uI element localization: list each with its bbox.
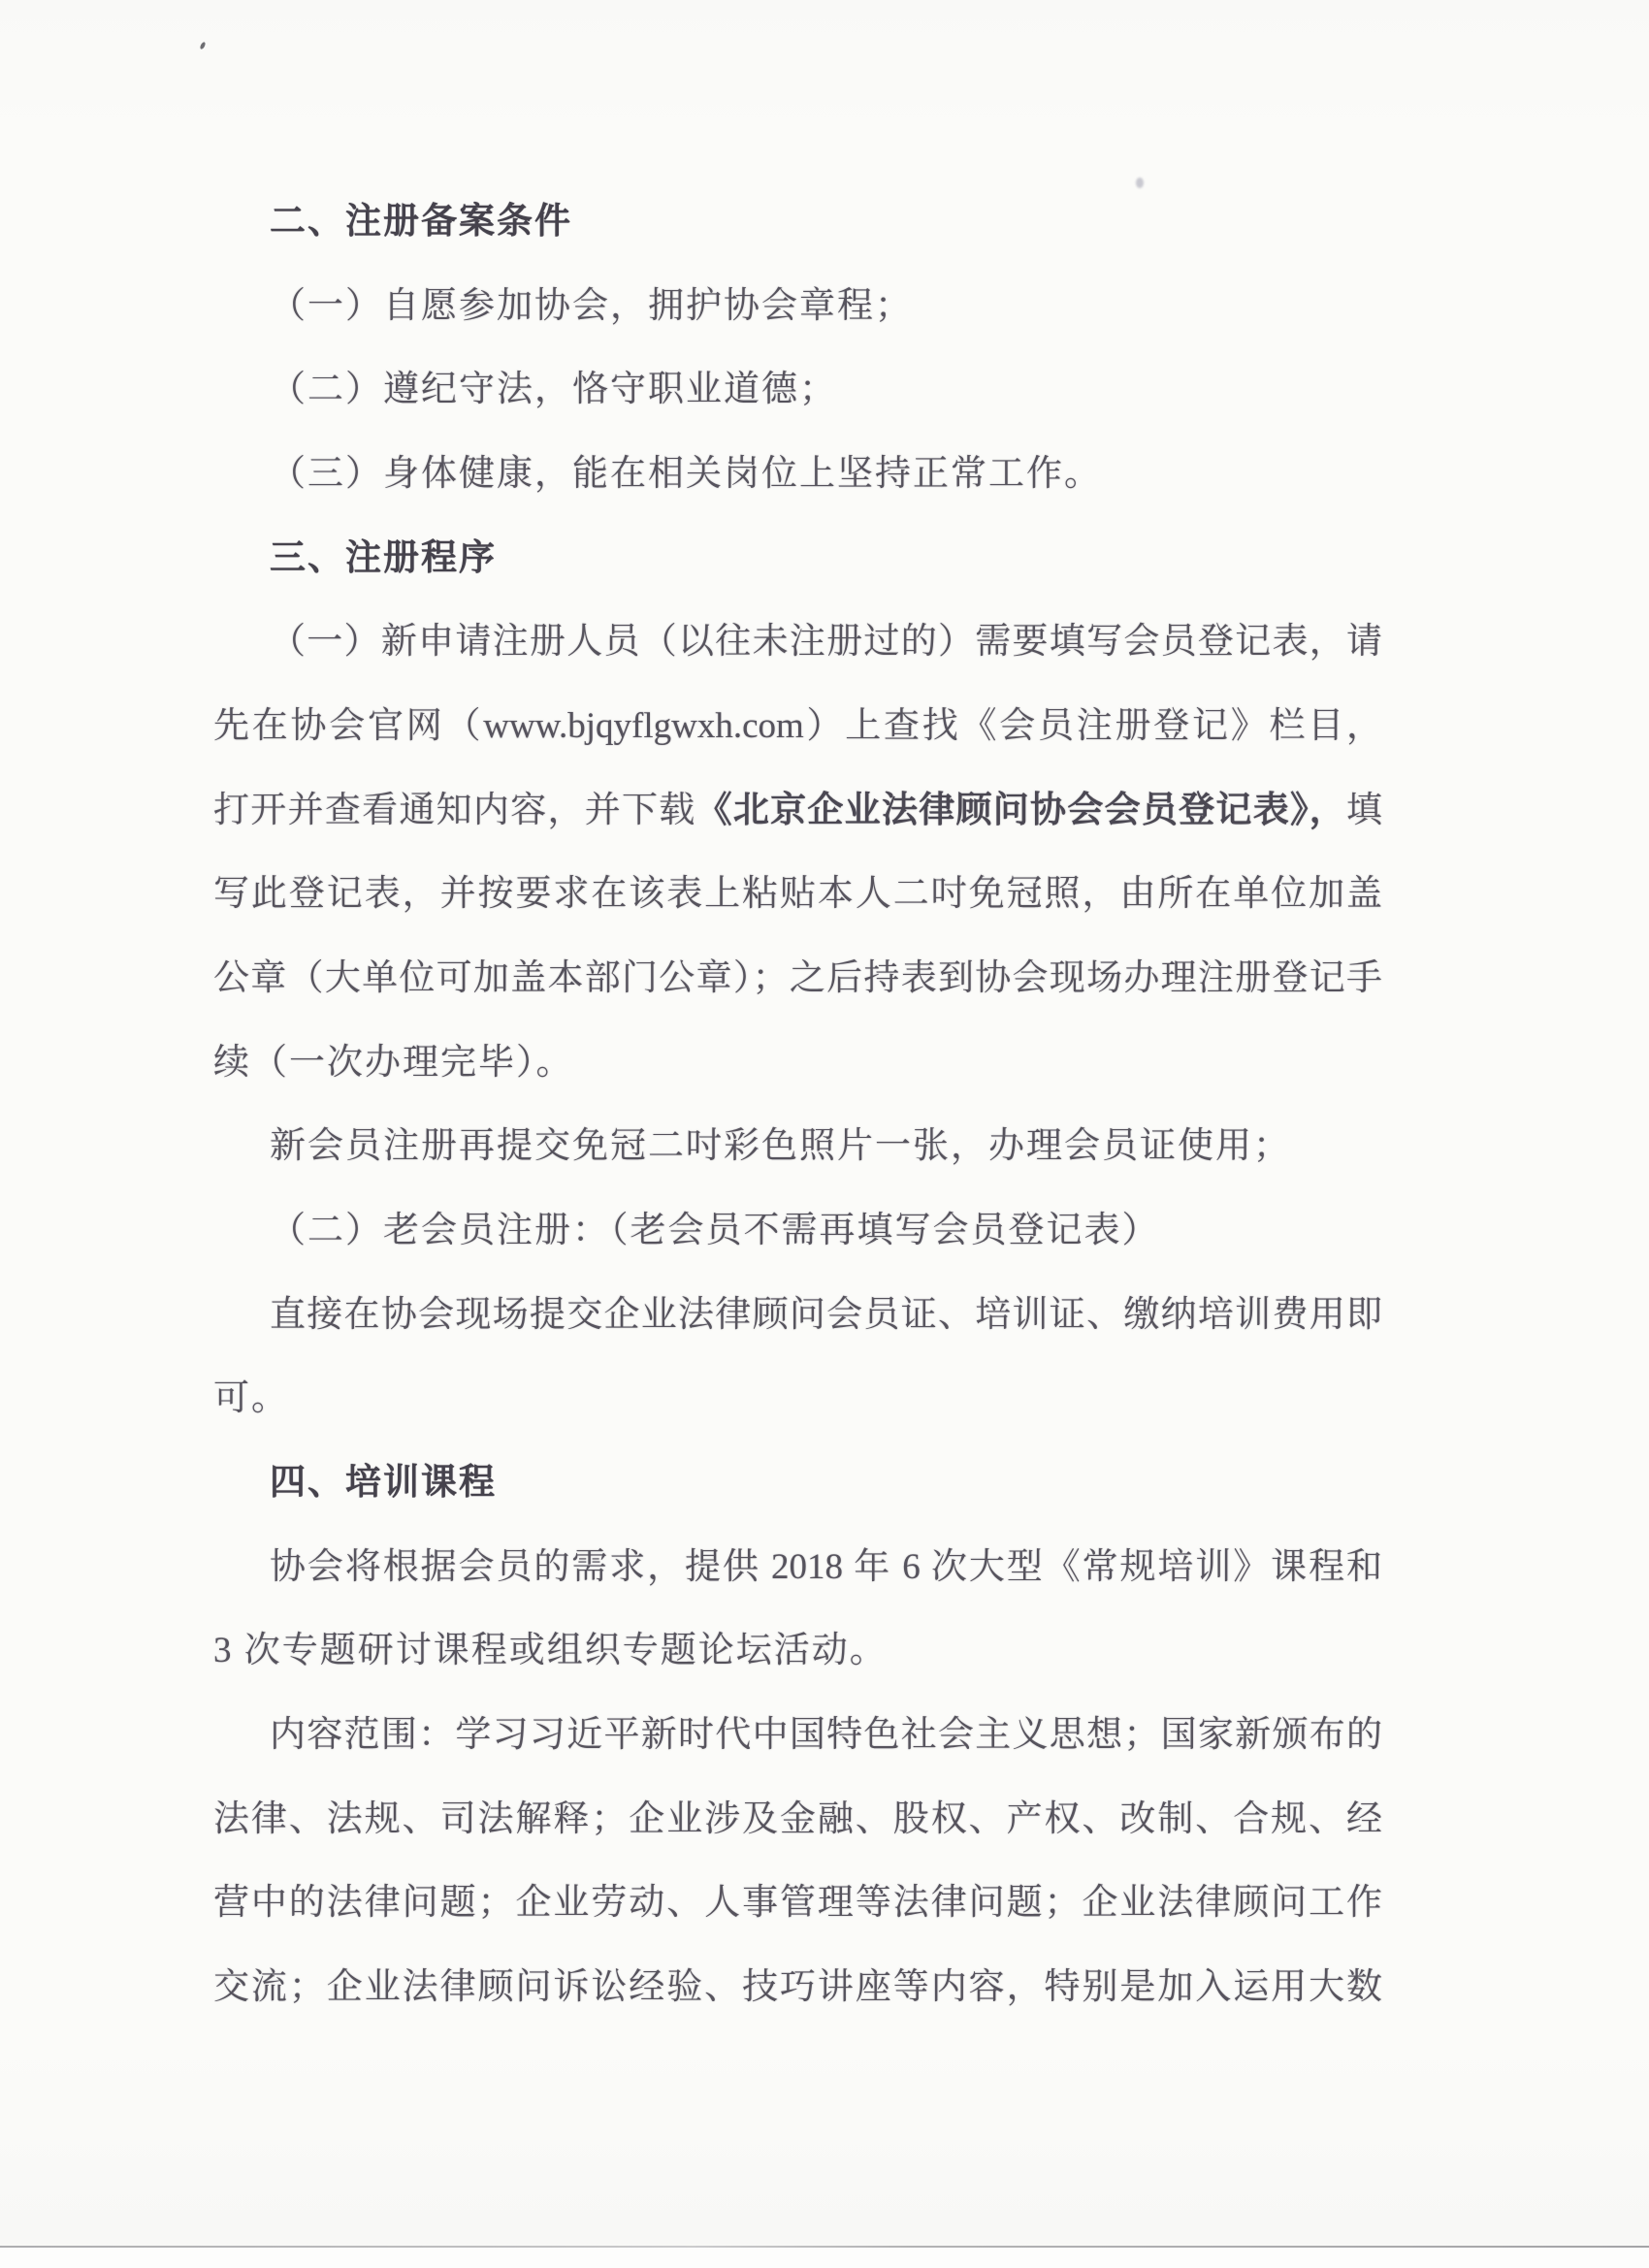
- paragraph-line: 新会员注册再提交免冠二吋彩色照片一张，办理会员证使用；: [213, 1125, 1382, 1168]
- list-item-3: （三）身体健康，能在相关岗位上坚持正常工作。: [213, 453, 1382, 496]
- section-heading-2: 二、注册备案条件: [213, 201, 1382, 243]
- paragraph-line: 交流；企业法律顾问诉讼经验、技巧讲座等内容，特别是加入运用大数: [213, 1966, 1382, 2009]
- scanned-document-page: 二、注册备案条件 （一）自愿参加协会，拥护协会章程； （二）遵纪守法，恪守职业道…: [0, 0, 1649, 2268]
- paragraph-text: 打开并查看通知内容，并下载: [213, 791, 696, 830]
- paragraph-line: 可。: [213, 1377, 1382, 1420]
- paragraph-line: 协会将根据会员的需求，提供 2018 年 6 次大型《常规培训》课程和: [213, 1546, 1382, 1589]
- scan-speck-dark: [199, 42, 206, 50]
- paragraph-line: 法律、法规、司法解释；企业涉及金融、股权、产权、改制、合规、经: [213, 1798, 1382, 1841]
- scan-speck-light: [1136, 178, 1144, 188]
- bold-form-title: 《北京企业法律顾问协会会员登记表》，: [696, 791, 1346, 830]
- paragraph-line: 写此登记表，并按要求在该表上粘贴本人二吋免冠照，由所在单位加盖: [213, 873, 1382, 916]
- paragraph-text: 填: [1346, 791, 1382, 830]
- paragraph-line: 3 次专题研讨课程或组织专题论坛活动。: [213, 1630, 1382, 1672]
- paragraph-line: 续（一次办理完毕）。: [213, 1042, 1382, 1085]
- paragraph-line: 公章（大单位可加盖本部门公章）；之后持表到协会现场办理注册登记手: [213, 957, 1382, 1000]
- list-item-old-member: （二）老会员注册：（老会员不需再填写会员登记表）: [213, 1210, 1382, 1252]
- paragraph-line: 内容范围：学习习近平新时代中国特色社会主义思想；国家新颁布的: [213, 1714, 1382, 1757]
- paragraph-line: 先在协会官网（www.bjqyflgwxh.com）上查找《会员注册登记》栏目，: [213, 705, 1382, 748]
- paragraph-line: 打开并查看通知内容，并下载《北京企业法律顾问协会会员登记表》，填: [213, 790, 1382, 832]
- scanner-background-strip: [0, 2248, 1649, 2268]
- paragraph-line: 直接在协会现场提交企业法律顾问会员证、培训证、缴纳培训费用即: [213, 1294, 1382, 1337]
- paragraph-line: 营中的法律问题；企业劳动、人事管理等法律问题；企业法律顾问工作: [213, 1882, 1382, 1925]
- paragraph-line: （一）新申请注册人员（以往未注册过的）需要填写会员登记表，请: [213, 621, 1382, 664]
- section-heading-3: 三、注册程序: [213, 537, 1382, 580]
- list-item-1: （一）自愿参加协会，拥护协会章程；: [213, 285, 1382, 328]
- list-item-2: （二）遵纪守法，恪守职业道德；: [213, 369, 1382, 411]
- section-heading-4: 四、培训课程: [213, 1462, 1382, 1505]
